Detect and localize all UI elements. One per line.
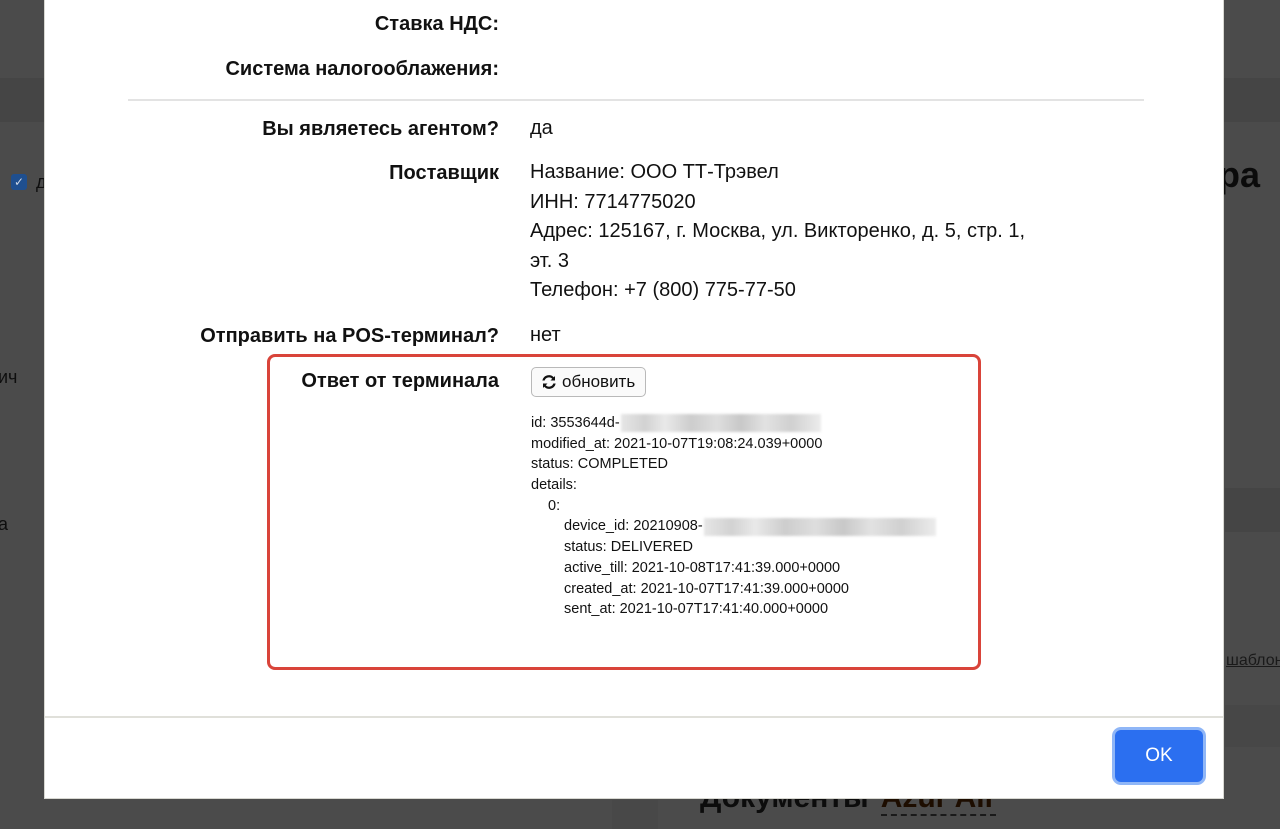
field-label: Ответ от терминала [301, 370, 499, 393]
detail-active-till: active_till: 2021-10-08T17:41:39.000+000… [531, 558, 936, 579]
terminal-response-body: id: 3553644d- modified_at: 2021-10-07T19… [531, 413, 936, 620]
detail-sent-at: sent_at: 2021-10-07T17:41:40.000+0000 [531, 599, 936, 620]
field-label: Ставка НДС: [375, 13, 499, 36]
field-label: Система налогооблажения: [225, 58, 499, 81]
supplier-address-floor: эт. 3 [530, 247, 1025, 277]
response-details-index: 0: [531, 496, 936, 517]
background-band [1225, 488, 1280, 532]
background-heading: ра [1218, 154, 1260, 196]
refresh-icon [540, 373, 558, 391]
background-text: а [0, 514, 8, 535]
redacted-value [621, 414, 821, 432]
ok-button[interactable]: OK [1115, 730, 1203, 782]
response-status: status: COMPLETED [531, 454, 936, 475]
field-label: Поставщик [389, 162, 499, 185]
response-id-text: id: 3553644d- [531, 415, 620, 431]
background-text: ич [0, 367, 17, 388]
supplier-address: Адрес: 125167, г. Москва, ул. Викторенко… [530, 217, 1025, 247]
background-column [612, 800, 658, 829]
field-value: да [530, 114, 553, 144]
supplier-details: Название: ООО ТТ-Трэвел ИНН: 7714775020 … [530, 158, 1025, 306]
detail-status: status: DELIVERED [531, 537, 936, 558]
section-divider [128, 99, 1144, 101]
field-label: Отправить на POS-терминал? [200, 325, 499, 348]
background-band [1225, 705, 1280, 747]
detail-created-at: created_at: 2021-10-07T17:41:39.000+0000 [531, 579, 936, 600]
supplier-name: Название: ООО ТТ-Трэвел [530, 158, 1025, 188]
field-value: нет [530, 321, 561, 351]
redacted-value [704, 518, 936, 536]
detail-device-id: device_id: 20210908- [531, 516, 936, 537]
response-modified-at: modified_at: 2021-10-07T19:08:24.039+000… [531, 434, 936, 455]
background-checkbox: ✓ [11, 174, 27, 190]
response-details-label: details: [531, 475, 936, 496]
field-label: Вы являетесь агентом? [262, 118, 499, 141]
background-link: шаблон [1226, 652, 1280, 670]
footer-divider [45, 716, 1223, 718]
refresh-button[interactable]: обновить [531, 367, 646, 397]
supplier-phone: Телефон: +7 (800) 775-77-50 [530, 276, 1025, 306]
response-id: id: 3553644d- [531, 413, 936, 434]
device-id-text: device_id: 20210908- [564, 518, 703, 534]
refresh-button-label: обновить [562, 372, 635, 392]
receipt-details-modal: Ставка НДС: Система налогооблажения: Вы … [44, 0, 1224, 799]
supplier-inn: ИНН: 7714775020 [530, 188, 1025, 218]
